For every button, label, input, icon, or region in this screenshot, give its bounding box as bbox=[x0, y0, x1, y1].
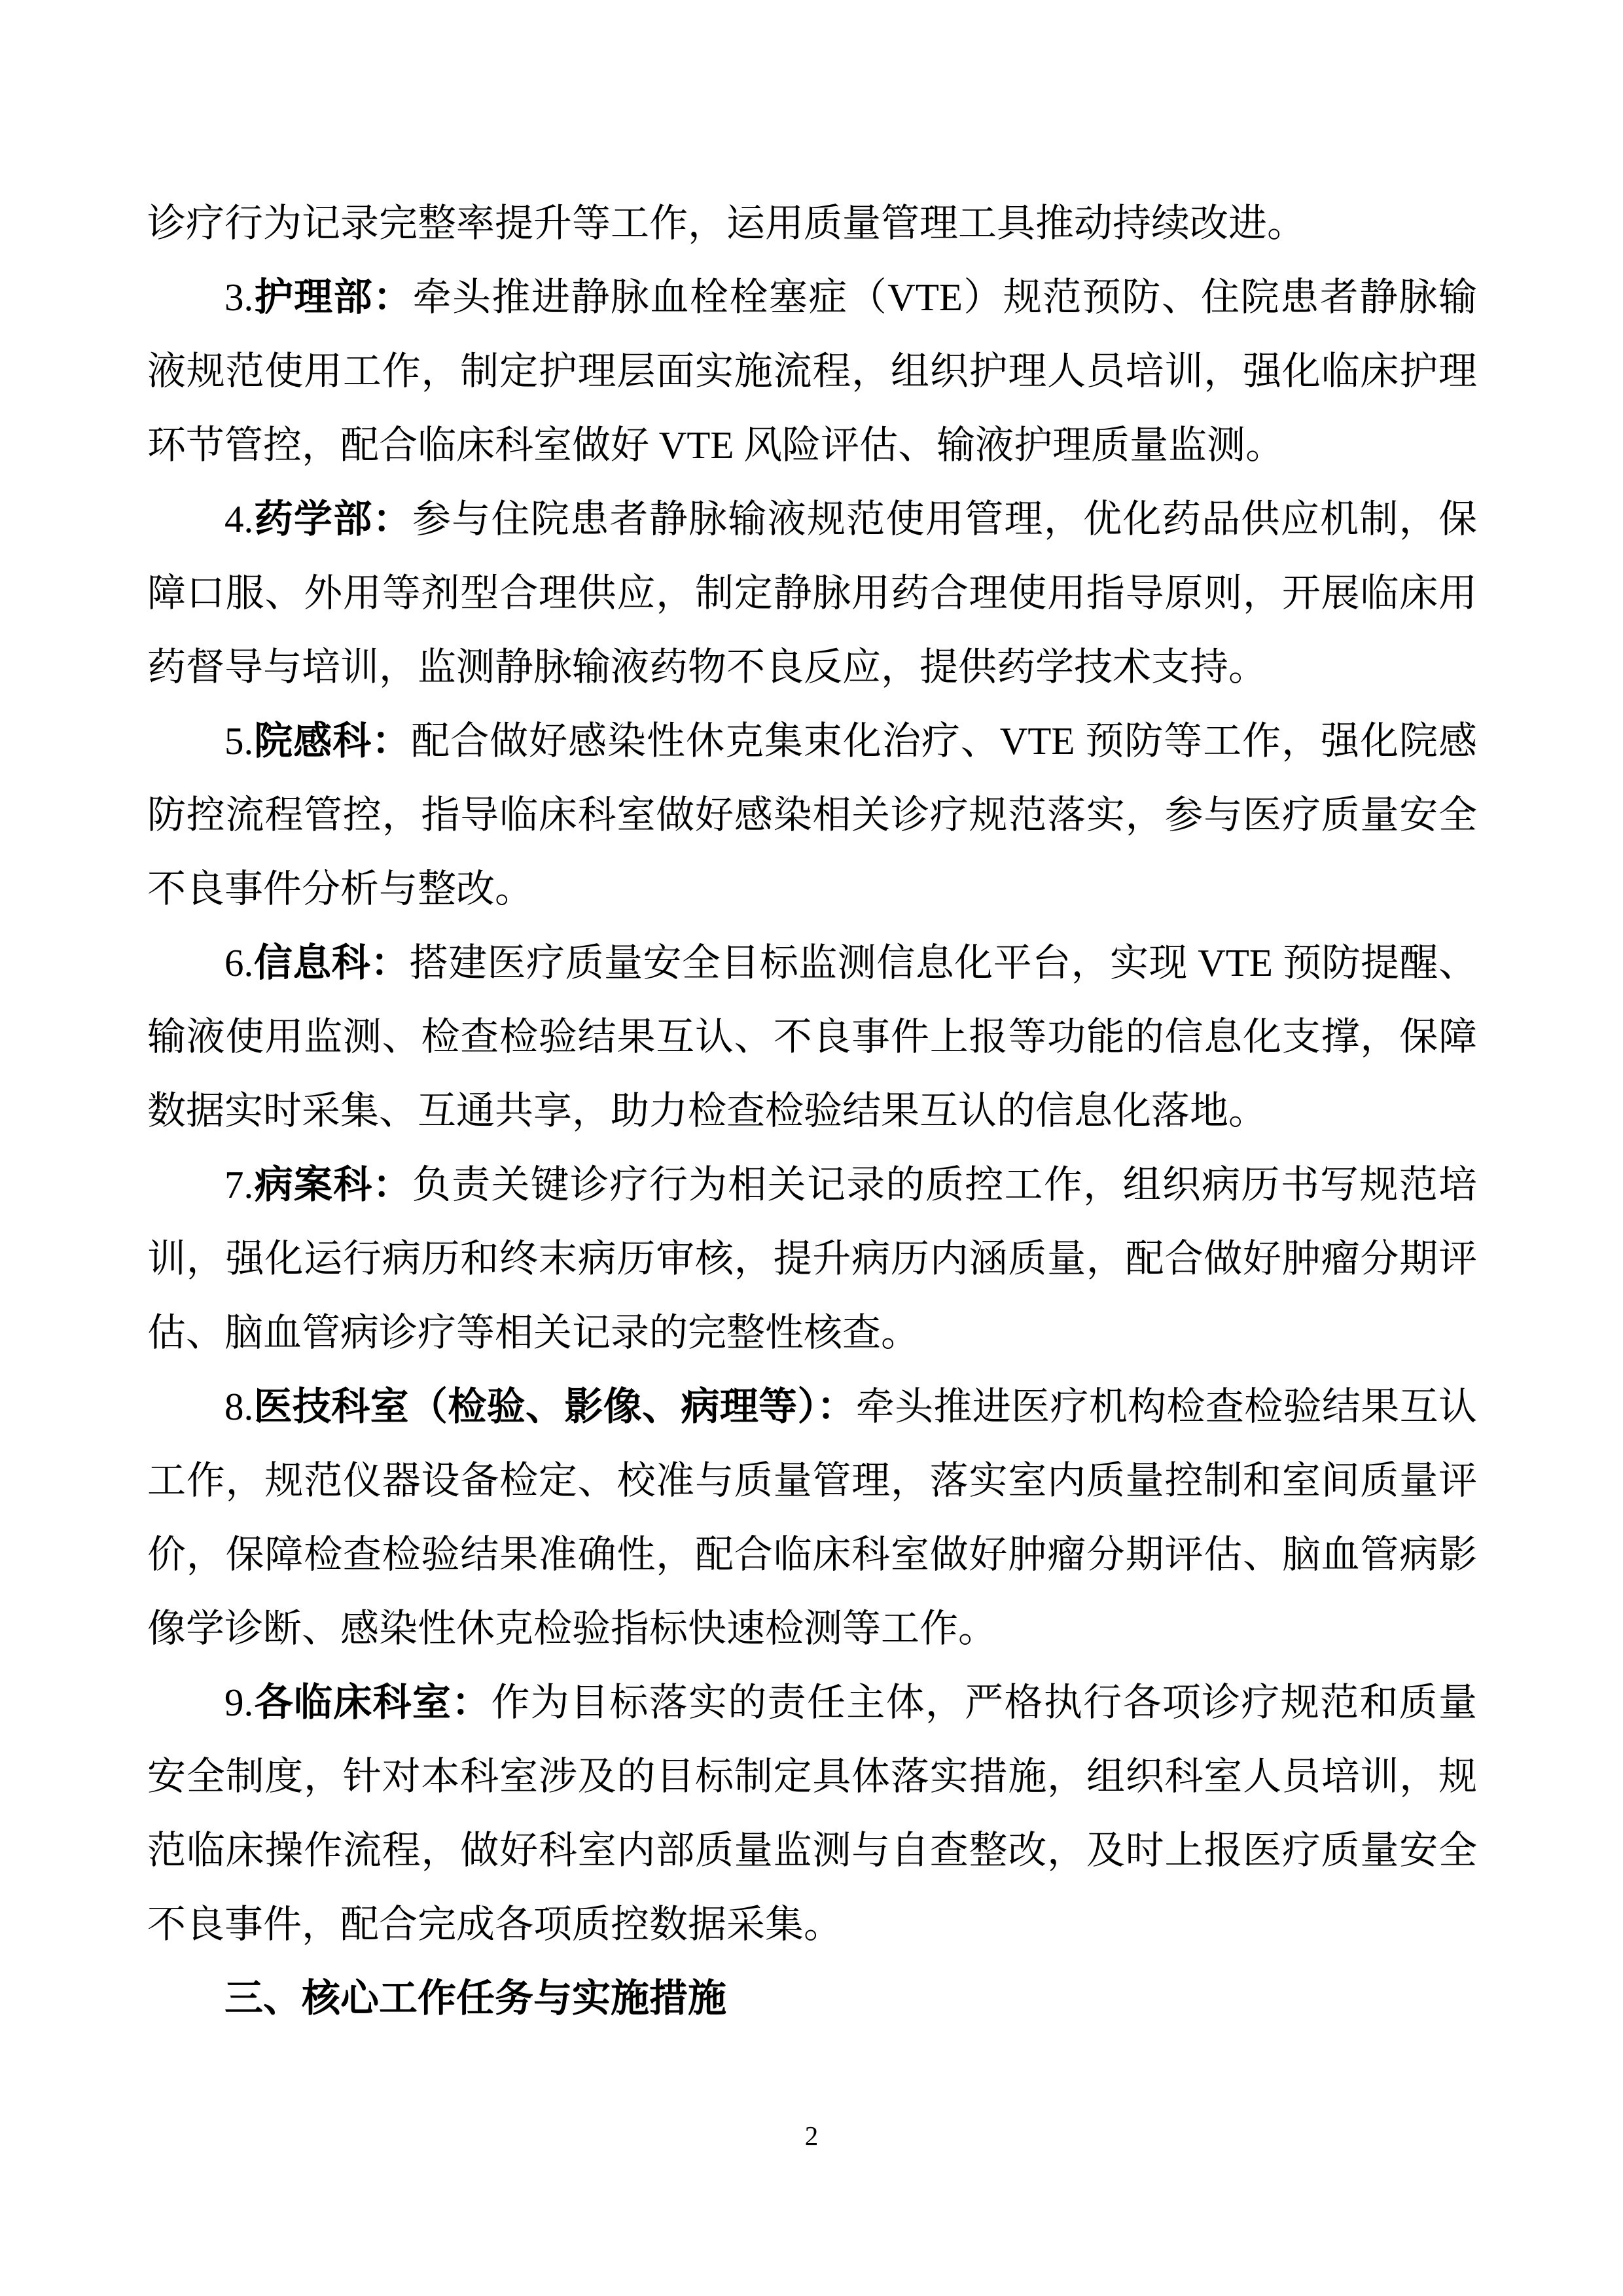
text-run: 5. bbox=[224, 719, 253, 762]
paragraph: 6.信息科：搭建医疗质量安全目标监测信息化平台，实现 VTE 预防提醒、输液使用… bbox=[147, 926, 1477, 1148]
department-label: 三、核心工作任务与实施措施 bbox=[224, 1977, 726, 2020]
text-run: 诊疗行为记录完整率提升等工作，运用质量管理工具推动持续改进。 bbox=[147, 202, 1306, 245]
paragraph: 9.各临床科室：作为目标落实的责任主体，严格执行各项诊疗规范和质量安全制度，针对… bbox=[147, 1666, 1477, 1962]
page-number: 2 bbox=[0, 2119, 1623, 2152]
text-run: 6. bbox=[224, 941, 253, 984]
text-run: 9. bbox=[224, 1681, 253, 1724]
department-label: 病案科： bbox=[253, 1163, 412, 1206]
department-label: 护理部： bbox=[253, 276, 412, 319]
text-run: 3. bbox=[224, 276, 253, 319]
paragraph: 7.病案科：负责关键诊疗行为相关记录的质控工作，组织病历书写规范培训，强化运行病… bbox=[147, 1148, 1477, 1370]
document-page: 诊疗行为记录完整率提升等工作，运用质量管理工具推动持续改进。3.护理部：牵头推进… bbox=[0, 0, 1623, 2296]
paragraph: 3.护理部：牵头推进静脉血栓栓塞症（VTE）规范预防、住院患者静脉输液规范使用工… bbox=[147, 260, 1477, 482]
department-label: 药学部： bbox=[253, 497, 412, 541]
department-label: 医技科室（检验、影像、病理等）： bbox=[253, 1385, 855, 1428]
section-heading: 三、核心工作任务与实施措施 bbox=[147, 1962, 1477, 2036]
text-run: 4. bbox=[224, 497, 253, 541]
paragraph: 5.院感科：配合做好感染性休克集束化治疗、VTE 预防等工作，强化院感防控流程管… bbox=[147, 704, 1477, 926]
department-label: 信息科： bbox=[253, 941, 409, 984]
paragraph: 4.药学部：参与住院患者静脉输液规范使用管理，优化药品供应机制，保障口服、外用等… bbox=[147, 482, 1477, 704]
department-label: 院感科： bbox=[253, 719, 411, 762]
paragraph: 8.医技科室（检验、影像、病理等）：牵头推进医疗机构检查检验结果互认工作，规范仪… bbox=[147, 1370, 1477, 1666]
text-run: 7. bbox=[224, 1163, 253, 1206]
paragraph: 诊疗行为记录完整率提升等工作，运用质量管理工具推动持续改进。 bbox=[147, 187, 1477, 260]
department-label: 各临床科室： bbox=[253, 1681, 491, 1724]
document-body: 诊疗行为记录完整率提升等工作，运用质量管理工具推动持续改进。3.护理部：牵头推进… bbox=[147, 187, 1477, 2036]
text-run: 8. bbox=[224, 1385, 253, 1428]
